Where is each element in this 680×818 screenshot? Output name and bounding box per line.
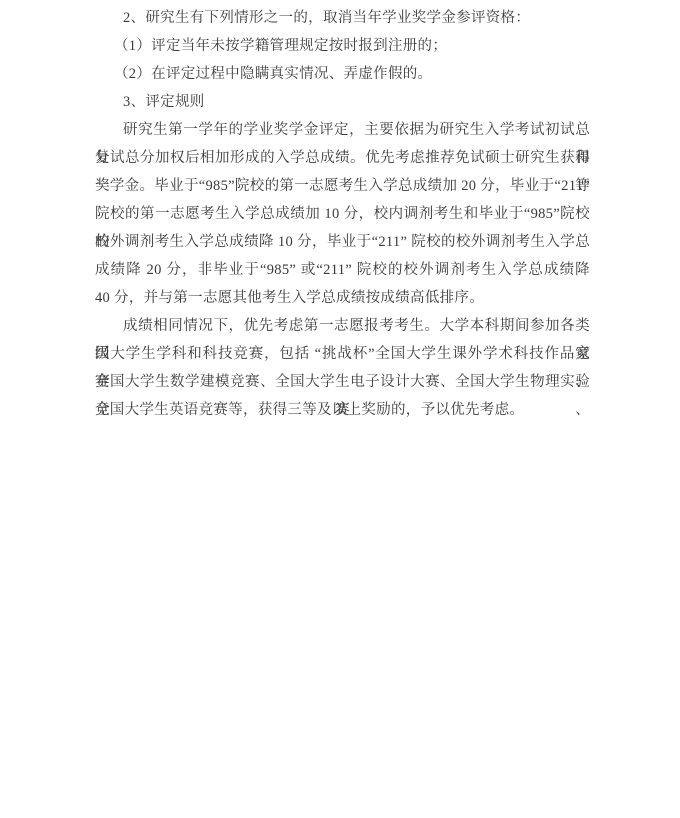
doc-line-para1-2: 复试总分加权后相加形成的入学总成绩。优先考虑推荐免试硕士研究生获得一等 xyxy=(95,144,590,172)
doc-line-item2-header: 2、研究生有下列情形之一的，取消当年学业奖学金参评资格： xyxy=(95,4,590,32)
doc-line-para2-1: 成绩相同情况下，优先考虑第一志愿报考考生。大学本科期间参加各类国家 xyxy=(95,312,590,340)
doc-line-subitem-1: （1）评定当年未按学籍管理规定按时报到注册的； xyxy=(95,32,590,60)
document-body: 2、研究生有下列情形之一的，取消当年学业奖学金参评资格： （1）评定当年未按学籍… xyxy=(95,4,590,424)
doc-line-para1-4: 院校的第一志愿考生入学总成绩加 10 分，校内调剂考生和毕业于“985”院校的 xyxy=(95,200,590,228)
doc-line-para2-4: 全国大学生英语竞赛等，获得三等及以上奖励的，予以优先考虑。 xyxy=(95,396,590,424)
doc-line-item3-header: 3、评定规则 xyxy=(95,88,590,116)
doc-line-para1-6: 成绩降 20 分，非毕业于“985” 或“211” 院校的校外调剂考生入学总成绩… xyxy=(95,256,590,284)
doc-line-para1-7: 40 分，并与第一志愿其他考生入学总成绩按成绩高低排序。 xyxy=(95,284,590,312)
doc-line-para1-3: 奖学金。毕业于“985”院校的第一志愿考生入学总成绩加 20 分，毕业于“211… xyxy=(95,172,590,200)
doc-line-para1-1: 研究生第一学年的学业奖学金评定，主要依据为研究生入学考试初试总分和 xyxy=(95,116,590,144)
doc-line-para1-5: 校外调剂考生入学总成绩降 10 分，毕业于“211” 院校的校外调剂考生入学总 xyxy=(95,228,590,256)
doc-line-subitem-2: （2）在评定过程中隐瞒真实情况、弄虚作假的。 xyxy=(95,60,590,88)
document-page: 2、研究生有下列情形之一的，取消当年学业奖学金参评资格： （1）评定当年未按学籍… xyxy=(0,0,680,818)
doc-line-para2-2: 级大学生学科和科技竞赛，包括 “挑战杯”全国大学生课外学术科技作品竞赛、 xyxy=(95,340,590,368)
doc-line-para2-3: 全国大学生数学建模竞赛、全国大学生电子设计大赛、全国大学生物理实验竞赛、 xyxy=(95,368,590,396)
